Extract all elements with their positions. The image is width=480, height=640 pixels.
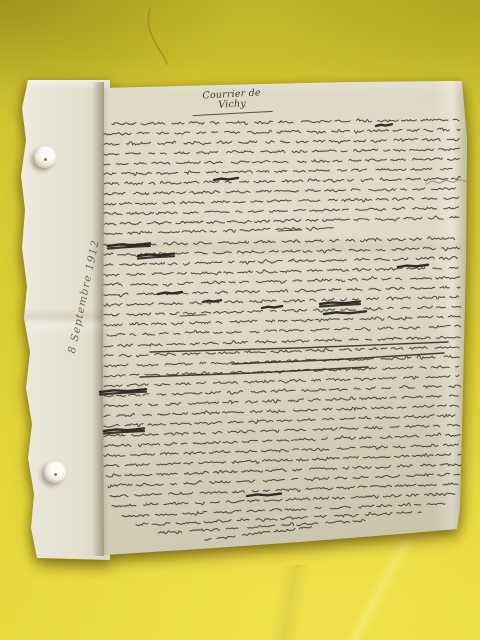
punch-hole — [44, 461, 66, 483]
fold-shadow — [92, 82, 104, 556]
manuscript-title: Courrier de Vichy — [191, 88, 272, 116]
manuscript-photo: Courrier de Vichy 8 Septembre 1912 — [0, 0, 480, 640]
punch-hole — [34, 146, 56, 168]
manuscript-sheet — [100, 78, 468, 560]
